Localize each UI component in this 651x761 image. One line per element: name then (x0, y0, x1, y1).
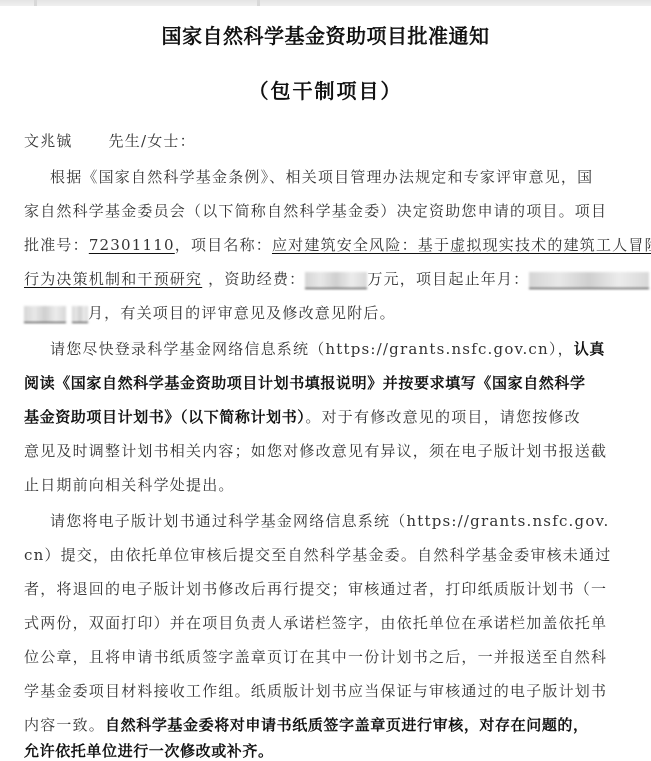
project-name: 应对建筑安全风险：基于虚拟现实技术的建筑工人冒险 (272, 236, 651, 254)
paragraph-2-line-4: 意见及时调整计划书相关内容；如您对修改意见有异议，须在电子版计划书报送截 (24, 441, 629, 461)
bold-instruction: 基金资助项目计划书》（以下简称计划书） (24, 408, 305, 426)
project-period-month-redacted (72, 306, 88, 323)
paragraph-2-line-2: 阅读《国家自然科学基金资助项目计划书填报说明》并按要求填写《国家自然科学 (24, 373, 629, 393)
top-bar-divider (34, 0, 37, 6)
paragraph-3-line-5: 位公章，且将申请书纸质签字盖章页订在其中一份计划书之后，一并报送至自然科 (24, 647, 629, 667)
paragraph-1-line-5: 月，有关项目的评审意见及修改意见附后。 (24, 303, 629, 323)
bold-review-note: 自然科学基金委将对申请书纸质签字盖章页进行审核，对存在问题的， (105, 716, 589, 734)
document-title: 国家自然科学基金资助项目批准通知 (0, 20, 651, 49)
paragraph-3-line-8: 允许依托单位进行一次修改或补齐。 (24, 741, 629, 761)
project-name-continued: 行为决策机制和干预研究 (24, 270, 202, 288)
project-period-end-redacted (24, 306, 66, 323)
bold-instruction: 认真 (574, 340, 605, 358)
project-name-label: ，项目名称： (175, 236, 272, 254)
consistency-note: 内容一致。 (24, 716, 105, 734)
paragraph-1-line-2: 家自然科学基金委员会（以下简称自然科学基金委）决定资助您申请的项目。项目 (24, 201, 629, 221)
top-bar-divider (257, 0, 260, 6)
period-label: 万元，项目起止年月： (367, 270, 529, 288)
paragraph-2-line-5: 止日期前向相关科学处提出。 (24, 475, 629, 495)
recipient-name: 文兆铖 (24, 132, 73, 150)
paragraph-1-line-4: 行为决策机制和干预研究 ，资助经费：万元，项目起止年月： (24, 269, 629, 289)
paragraph-3-line-4: 式两份，双面打印）并在项目负责人承诺栏签字，由依托单位在承诺栏加盖依托单 (24, 613, 629, 633)
funding-amount-redacted (305, 272, 367, 289)
modification-note: 。对于有修改意见的项目，请您按修改 (305, 408, 580, 426)
window-top-bar (0, 0, 651, 6)
paragraph-3-line-3: 者，将退回的电子版计划书修改后再行提交；审核通过者，打印纸质版计划书（一 (24, 579, 629, 599)
honorific: 先生/女士： (109, 132, 196, 150)
approval-number-label: 批准号： (24, 236, 89, 254)
paragraph-2-line-3: 基金资助项目计划书》（以下简称计划书）。对于有修改意见的项目，请您按修改 (24, 407, 629, 427)
salutation: 文兆铖 先生/女士： (24, 131, 629, 151)
paragraph-1-line-1: 根据《国家自然科学基金条例》、相关项目管理办法规定和专家评审意见，国 (50, 167, 629, 187)
paragraph-1-line-3: 批准号：72301110，项目名称：应对建筑安全风险：基于虚拟现实技术的建筑工人… (24, 235, 629, 255)
paragraph-3-line-1: 请您将电子版计划书通过科学基金网络信息系统（https://grants.nsf… (50, 511, 629, 531)
review-note: 月，有关项目的评审意见及修改意见附后。 (88, 304, 396, 322)
funding-label: ，资助经费： (202, 270, 305, 288)
paragraph-3-line-6: 学基金委项目材料接收工作组。纸质版计划书应当保证与审核通过的电子版计划书 (24, 681, 629, 701)
document-subtitle: （包干制项目） (0, 75, 651, 104)
paragraph-3-line-7: 内容一致。自然科学基金委将对申请书纸质签字盖章页进行审核，对存在问题的， (24, 715, 629, 735)
paragraph-3-line-2: cn）提交，由依托单位审核后提交至自然科学基金委。自然科学基金委审核未通过 (24, 545, 629, 565)
paragraph-2-line-1: 请您尽快登录科学基金网络信息系统（https://grants.nsfc.gov… (50, 339, 629, 359)
project-period-start-redacted (529, 272, 649, 289)
approval-number: 72301110 (89, 236, 175, 254)
login-instruction: 请您尽快登录科学基金网络信息系统（https://grants.nsfc.gov… (50, 340, 574, 358)
